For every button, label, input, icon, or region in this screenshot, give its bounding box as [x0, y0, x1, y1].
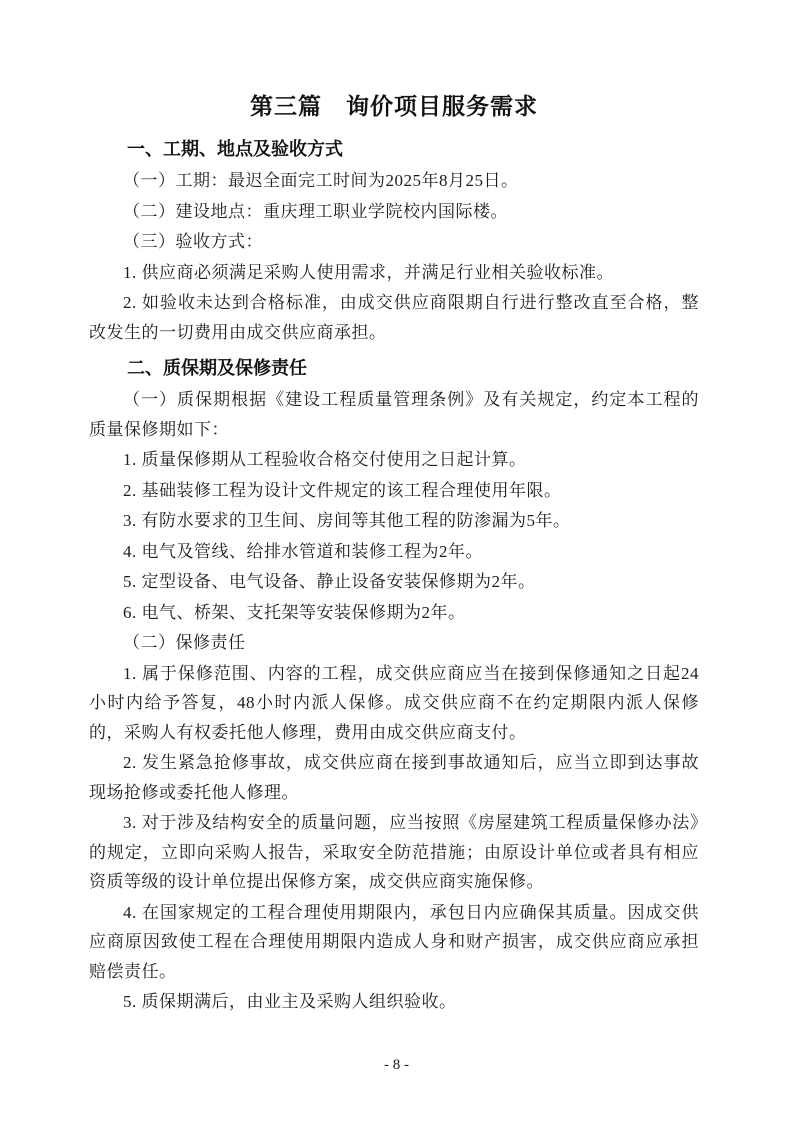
paragraph: （二）保修责任	[89, 628, 699, 658]
paragraph: 2. 基础装修工程为设计文件规定的该工程合理使用年限。	[89, 476, 699, 506]
paragraph: 4. 电气及管线、给排水管道和装修工程为2年。	[89, 537, 699, 567]
paragraph: （三）验收方式：	[89, 227, 699, 257]
paragraph: 5. 定型设备、电气设备、静止设备安装保修期为2年。	[89, 567, 699, 597]
paragraph: 1. 属于保修范围、内容的工程，成交供应商应当在接到保修通知之日起24小时内给予…	[89, 659, 699, 748]
section-construction-period: 一、工期、地点及验收方式 （一）工期：最迟全面完工时间为2025年8月25日。 …	[89, 134, 699, 347]
paragraph: （二）建设地点：重庆理工职业学院校内国际楼。	[89, 197, 699, 227]
page-number: - 8 -	[0, 1057, 793, 1074]
paragraph: 5. 质保期满后，由业主及采购人组织验收。	[89, 987, 699, 1017]
section-heading: 一、工期、地点及验收方式	[89, 134, 699, 164]
paragraph: 2. 发生紧急抢修事故，成交供应商在接到事故通知后，应当立即到达事故现场抢修或委…	[89, 748, 699, 807]
paragraph: 4. 在国家规定的工程合理使用期限内，承包日内应确保其质量。因成交供应商原因致使…	[89, 898, 699, 987]
document-page: 第三篇 询价项目服务需求 一、工期、地点及验收方式 （一）工期：最迟全面完工时间…	[0, 0, 793, 1122]
section-warranty: 二、质保期及保修责任 （一）质保期根据《建设工程质量管理条例》及有关规定，约定本…	[89, 353, 699, 1017]
paragraph: 2. 如验收未达到合格标准，由成交供应商限期自行进行整改直至合格，整改发生的一切…	[89, 288, 699, 347]
paragraph: 1. 质量保修期从工程验收合格交付使用之日起计算。	[89, 445, 699, 475]
paragraph: 3. 有防水要求的卫生间、房间等其他工程的防渗漏为5年。	[89, 506, 699, 536]
paragraph: 6. 电气、桥架、支托架等安装保修期为2年。	[89, 598, 699, 628]
document-title: 第三篇 询价项目服务需求	[89, 90, 699, 122]
paragraph: （一）质保期根据《建设工程质量管理条例》及有关规定，约定本工程的质量保修期如下：	[89, 385, 699, 444]
document-content: 第三篇 询价项目服务需求 一、工期、地点及验收方式 （一）工期：最迟全面完工时间…	[89, 0, 699, 1018]
paragraph: 1. 供应商必须满足采购人使用需求，并满足行业相关验收标准。	[89, 258, 699, 288]
section-heading: 二、质保期及保修责任	[89, 353, 699, 383]
paragraph: 3. 对于涉及结构安全的质量问题，应当按照《房屋建筑工程质量保修办法》的规定，立…	[89, 808, 699, 897]
paragraph: （一）工期：最迟全面完工时间为2025年8月25日。	[89, 166, 699, 196]
